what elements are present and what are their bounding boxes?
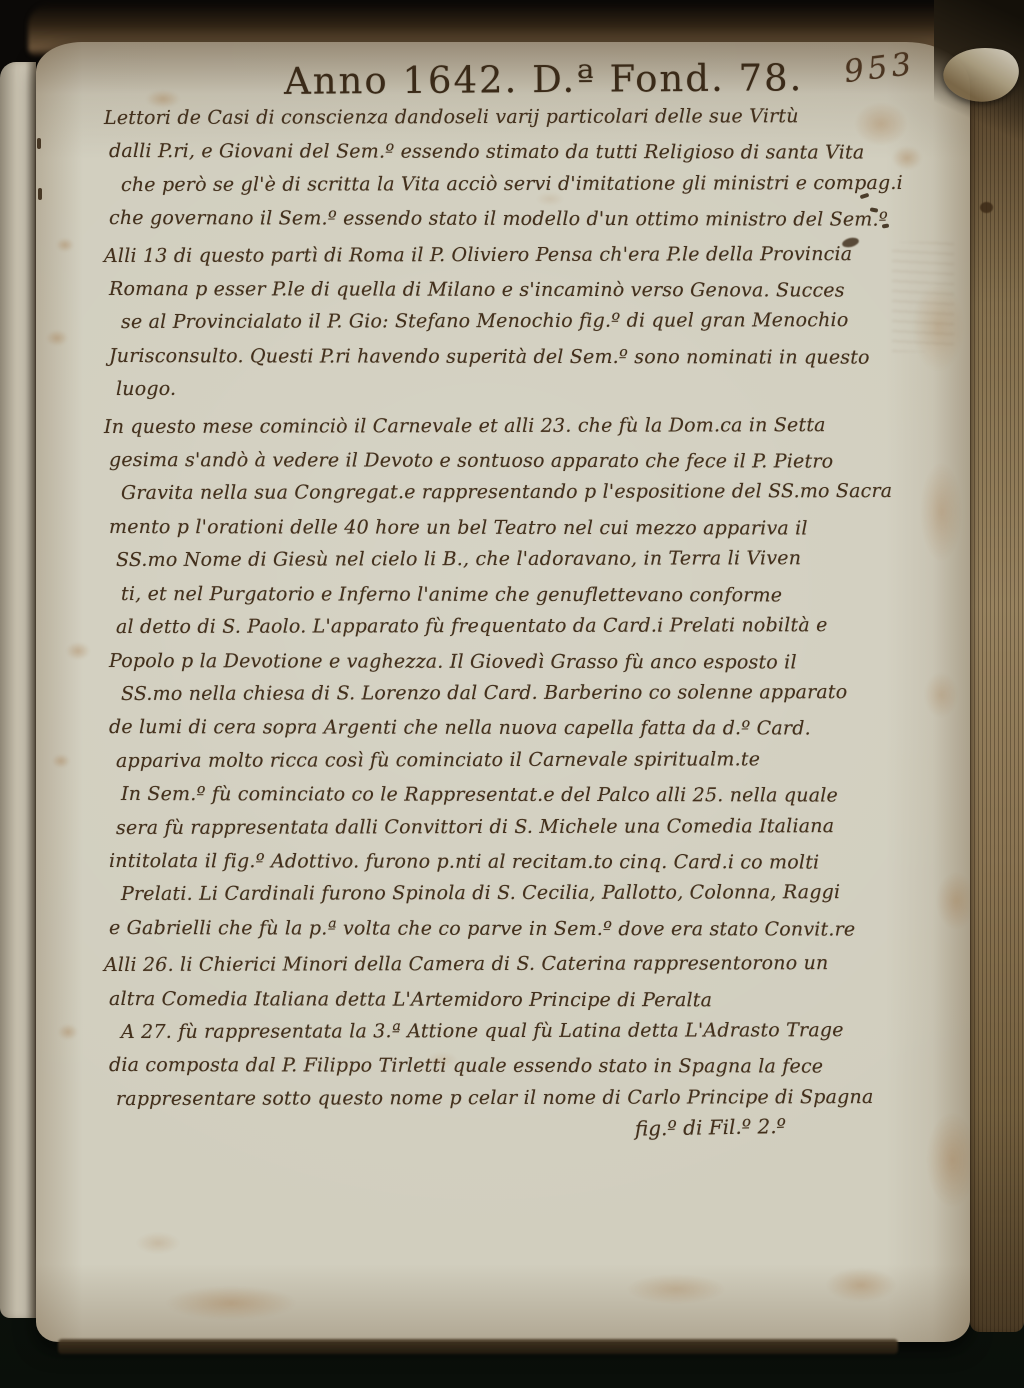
book-fore-edge <box>970 80 1024 1332</box>
folio-number: 953 <box>842 46 917 90</box>
manuscript-line: Lettori de Casi di conscienza dandoseli … <box>104 100 898 135</box>
page-heading: Anno 1642. D.ª Fond. 78. <box>284 56 804 103</box>
manuscript-line: se al Provincialato il P. Gio: Stefano M… <box>121 304 898 339</box>
manuscript-line: In Sem.º fù cominciato co le Rappresenta… <box>121 778 898 813</box>
manuscript-line: Alli 26. li Chierici Minori della Camera… <box>104 947 898 982</box>
foxing-stain <box>136 1232 180 1254</box>
manuscript-text: Lettori de Casi di conscienza dandoseli … <box>102 102 898 1143</box>
manuscript-line: dalli P.ri, e Giovani del Sem.º essendo … <box>109 135 898 170</box>
foxing-stain <box>166 1286 296 1320</box>
manuscript-line: ti, et nel Purgatorio e Inferno l'anime … <box>121 578 898 613</box>
manuscript-line: rappresentare sotto questo nome p celar … <box>116 1081 898 1116</box>
manuscript-line: de lumi di cera sopra Argenti che nella … <box>109 711 898 746</box>
foxing-stain <box>56 238 74 252</box>
manuscript-line: altra Comedia Italiana detta L'Artemidor… <box>109 983 898 1018</box>
manuscript-line: Prelati. Li Cardinali furono Spinola di … <box>121 876 898 911</box>
foxing-stain <box>46 330 68 346</box>
paragraph: Alli 26. li Chierici Minori della Camera… <box>102 949 898 1116</box>
under-pages-edge <box>58 1339 898 1354</box>
ink-smudge <box>38 188 42 200</box>
manuscript-page: Anno 1642. D.ª Fond. 78. 953 Lettori de … <box>36 42 970 1342</box>
facing-page-edge <box>0 62 36 1318</box>
ink-show-through <box>892 242 954 352</box>
paragraph: Lettori de Casi di conscienza dandoseli … <box>102 102 898 236</box>
foxing-stain <box>626 1274 726 1304</box>
manuscript-line: Gravita nella sua Congregat.e rappresent… <box>121 475 898 510</box>
foxing-stain <box>66 642 90 660</box>
catchword: fig.º di Fil.º 2.º <box>102 1112 898 1150</box>
manuscript-line: sera fù rappresentata dalli Convittori d… <box>116 809 898 844</box>
manuscript-line: Jurisconsulto. Questi P.ri havendo super… <box>109 340 898 375</box>
manuscript-line: che governano il Sem.º essendo stato il … <box>109 202 898 237</box>
manuscript-line: e Gabrielli che fù la p.ª volta che co p… <box>109 912 898 947</box>
manuscript-line: intitolata il fig.º Adottivo. furono p.n… <box>109 845 898 880</box>
foxing-stain <box>920 462 962 562</box>
manuscript-line: A 27. fù rappresentata la 3.ª Attione qu… <box>121 1014 898 1049</box>
manuscript-photo: Anno 1642. D.ª Fond. 78. 953 Lettori de … <box>0 0 1024 1388</box>
ink-smudge <box>37 138 41 149</box>
manuscript-line: SS.mo Nome di Giesù nel cielo li B., che… <box>116 542 898 577</box>
foxing-stain <box>912 282 964 372</box>
foxing-stain <box>826 1268 896 1302</box>
manuscript-line: In questo mese cominciò il Carnevale et … <box>104 409 898 444</box>
manuscript-line: SS.mo nella chiesa di S. Lorenzo dal Car… <box>121 676 898 711</box>
manuscript-line: Popolo p la Devotione e vaghezza. Il Gio… <box>109 645 898 680</box>
manuscript-line: mento p l'orationi delle 40 hore un bel … <box>109 511 898 546</box>
paragraph: In questo mese cominciò il Carnevale et … <box>102 411 898 946</box>
manuscript-line: gesima s'andò à vedere il Devoto e sontu… <box>109 444 898 479</box>
foxing-stain <box>924 672 958 718</box>
paragraph: Alli 13 di questo partì di Roma il P. Ol… <box>102 240 898 407</box>
manuscript-line: appariva molto ricca così fù cominciato … <box>116 743 898 778</box>
manuscript-line: Alli 13 di questo partì di Roma il P. Ol… <box>104 238 898 273</box>
manuscript-line: luogo. <box>116 371 898 406</box>
foxing-stain <box>58 1024 78 1040</box>
manuscript-line: Romana p esser P.le di quella di Milano … <box>109 273 898 308</box>
foxing-stain <box>52 754 70 768</box>
manuscript-line: al detto di S. Paolo. L'apparato fù freq… <box>116 609 898 644</box>
manuscript-line: dia composta dal P. Filippo Tirletti qua… <box>109 1049 898 1084</box>
manuscript-line: che però se gl'è di scritta la Vita acci… <box>121 167 898 202</box>
